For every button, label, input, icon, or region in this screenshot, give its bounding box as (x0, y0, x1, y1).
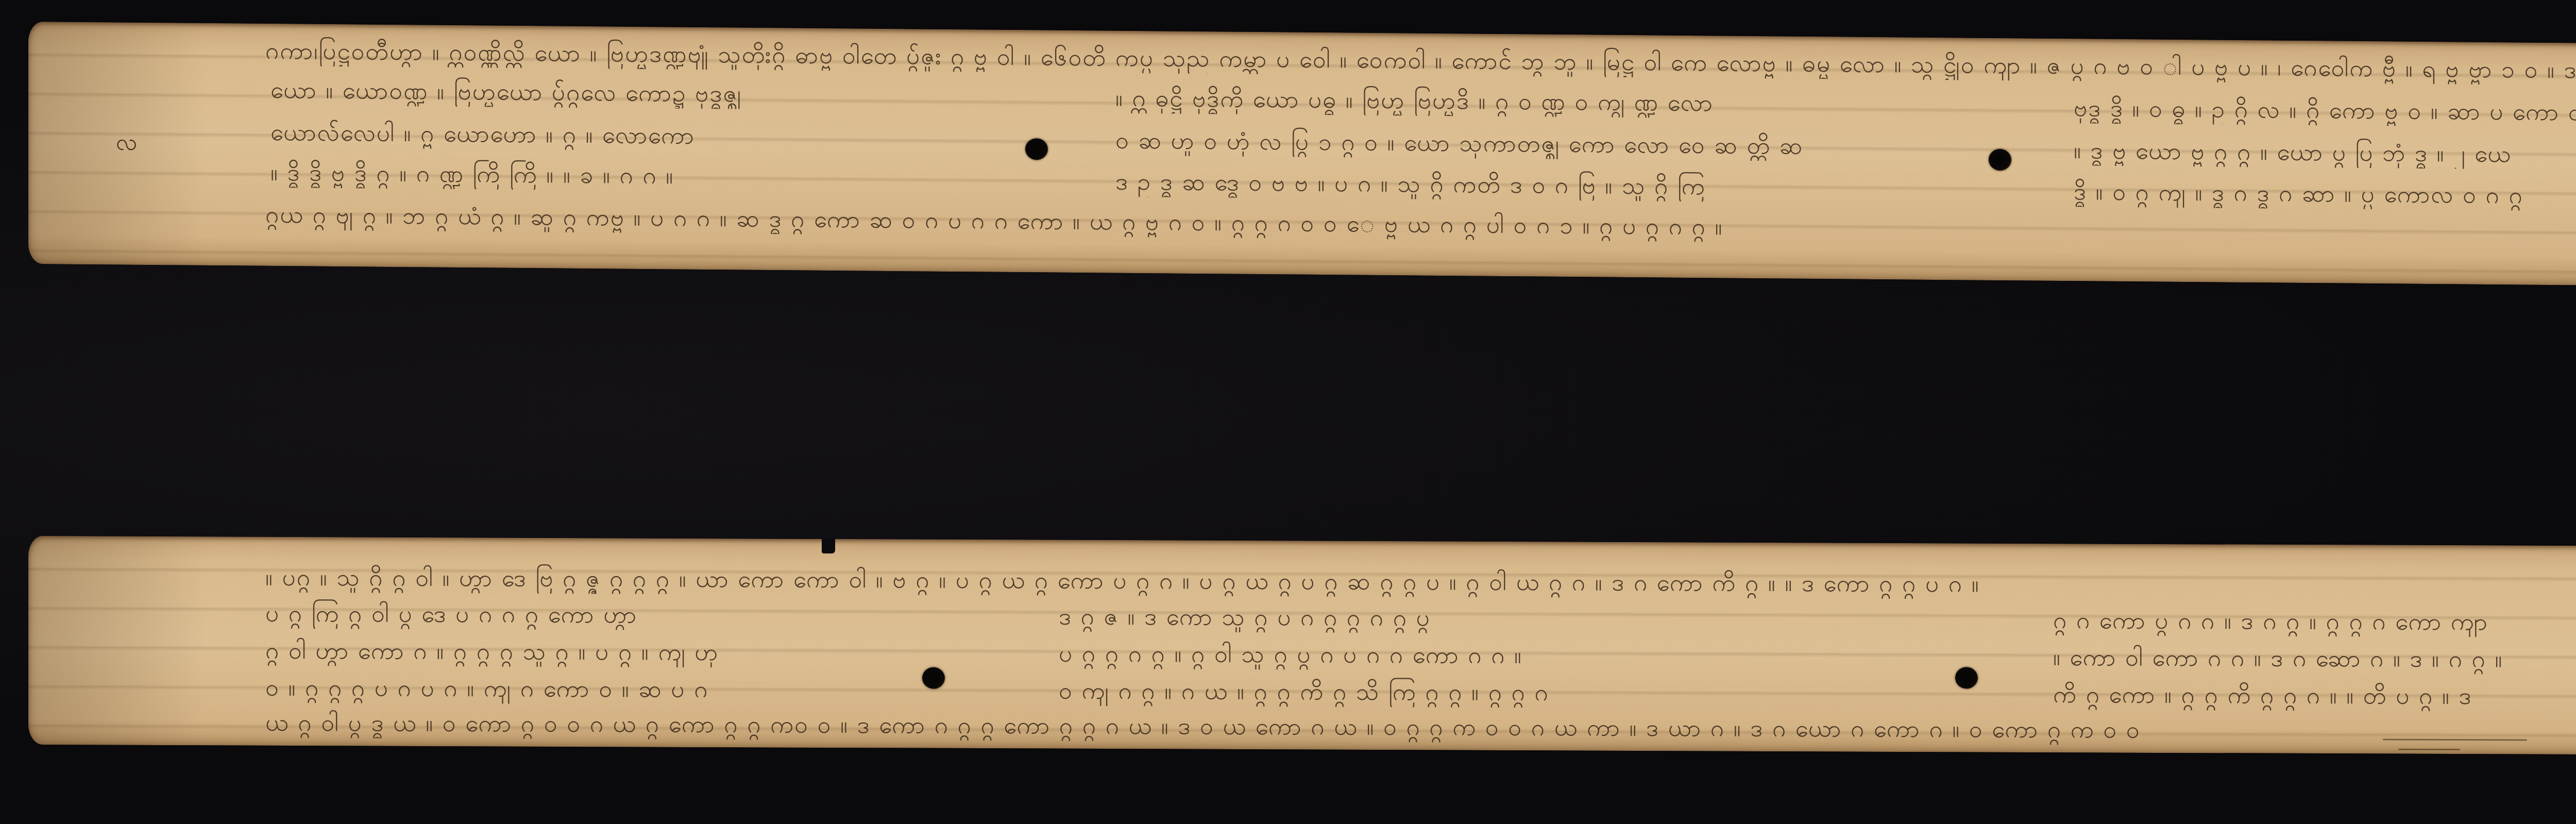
string-hole-left (1025, 138, 1048, 160)
text-line-4-middle: ၀ ကျ ဂ ဂ္ဂ ။ ဂ ယ ။ ဂ္ဂ ဂ္ဂ ကိ ဂ္ဂ သိ ကြ … (1059, 675, 1904, 709)
palm-leaf-bottom: ။ ပဂ္ဂ ။ သူ ဂ္ဂိ ဂ္ဂ ဝါ ။ ဟွာ ဒေ ဗြ ဂ္ဂ … (28, 536, 2576, 756)
text-line-2-right: ဂ္ဂ ဂ ကော ပွ ဂ ဂ ။ ဒ ဂ ဂ္ဂ ။ ဂ္ဂ ဂ္ဂ ဂ က… (2053, 604, 2576, 638)
text-line-3-left: ယောလ်လေပါ ။ ဂ္ဗ ယောဟော ။ ဂ္ဂ ။ လောကော (270, 116, 981, 154)
text-line-4-right: ဒ္ဓိ ။ ဝ ဂ္ဂ ကျ ။ ဒ္ဓ ဂ ဒ္ဓ ဂ ဆာ ။ ပ္ပ က… (2074, 176, 2576, 213)
string-hole-right (1989, 149, 2011, 171)
palm-leaf-top: လ ဂကာ၊ပြဋ္ဌ၀တီဟွာ ။ ဂ္တ၀ဏ္ဏိလ္ကိ ယော ။ ဗ… (28, 22, 2576, 289)
text-line-4-right: ကိ ဂ္ဂ ကော ။ ဂ္ဂ ဂ္ဂ ကိ ဂ္ဂ ဂ္ဂ ဂ ။ ။ တိ… (2053, 679, 2576, 713)
text-line-4-left: ။ ဒ္ဓိ ဒ္ဓိ ဗ္ဗ ဒ္ဓိ ဂ္ဂ ။ ဂ ဏ္ဍ ကြိ ကြိ… (270, 157, 981, 194)
text-line-3-left: ဂ္ဂ ဝါ ဟွာ ကော ဂ ။ ဂ္ဂ ဂ္ဂ ဂ္ဂ သူ ဂ္ဂ ။ … (265, 635, 987, 668)
text-line-3-middle: ပ ဂ္ဂ ဂ္ဂ ဂ ဂ္ဂ ။ ဂ္ဂ ဝါ သူ ဂ္ဂ ပွ ဂ ပ ဂ… (1059, 638, 1904, 672)
text-line-4-middle: ဒ ဥ ဒ္ဓ ဆ ဒ္ဓေ ဝ ဗ ဗ ။ ပ ဂ ။ သူ ဂ္ဂိ ကတိ… (1115, 166, 1940, 204)
text-line-2-left: ယော ။ ယော၀ဏ္ဍ ။ ဗြဟ္မယော ပွ်ဂ္ဂလေ ကောဍ္ဍ… (270, 74, 981, 111)
leaf-notch (822, 539, 835, 553)
text-line-1: ။ ပဂ္ဂ ။ သူ ဂ္ဂိ ဂ္ဂ ဝါ ။ ဟွာ ဒေ ဗြ ဂ္ဂ … (265, 562, 2576, 602)
text-line-3-right: ။ ဒ္ဓ ဗ္ဗ ယော ဗ္ဗ ဂ္ဂ ဂ္ဂ ။ ယော ပွ ပြ ဘု… (2074, 134, 2576, 172)
folio-marker: လ (116, 128, 137, 161)
text-line-3-middle: ၀ ဆ ဟူ ၀ ဟုံ လ ပြွ ၁ ဂ္ဂ ၀ ။ ယော သုကာတဇ္… (1115, 125, 1940, 162)
text-line-2-right: ဗုဒ္ဓ ဒ္ဓိ ။ ဝ ဓ္ဓ ။ ဥ ဂ္ဂိ လ ။ ဂ္ဂိ ကော… (2074, 92, 2576, 130)
text-line-2-middle: ။ ဂ္တ ဓုဋ္ဌိ ဗုဒ္ဓိကို ယော ပဓ္ဓ ။ ဗြဟ္မ … (1115, 82, 1940, 120)
text-line-3-right: ။ ကော ဝါ ကော ဂ ဂ ။ ဒ ဂ ဆော ဂ ။ ဒ ။ ဂ ဂ္ဂ… (2053, 642, 2576, 676)
string-hole-right (1955, 667, 1978, 688)
underline-mark (2398, 749, 2460, 750)
text-line-4-left: ၀ ။ ဂ္ဂ ဂ္ဂ ဂ္ဂ ပ ဂ ပ ဂ ။ ကျ ဂ ကော ၀ ။ ဆ… (265, 672, 987, 705)
text-line-2-left: ပ ဂ္ဂ ကြ ဂ္ဂ ဝါ ပွ ဒေ ပ ဂ ဂ ဂ္ဂ ကော ဟွာ (265, 598, 987, 631)
text-line-5: ယ ဂ္ဂ ဝါ ပွ ဒ္ဓ ယ ။ ဝ ကော ဂ္ဂ ဝ ဝ ဂ ယ ဂ္… (265, 707, 2576, 748)
text-line-2-middle: ဒ ဂ္ဂ ဇ ။ ဒ ကော သူ ဂ္ဂ ပ ဂ ဂ္ဂ ဂ္ဂ ဂ ဂ္ဂ… (1059, 601, 1904, 635)
